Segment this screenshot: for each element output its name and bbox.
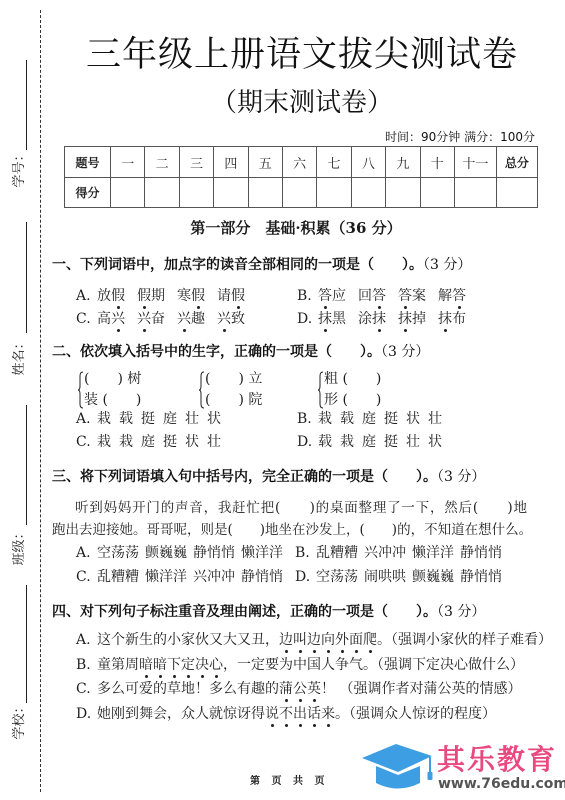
- question-4-option-b: B.童第周暗暗下定决心，一定要为中国人争气。（强调下定决心做什么）: [76, 656, 524, 674]
- emphasis-dot-char: 向: [321, 631, 335, 649]
- char: 气: [349, 657, 363, 673]
- question-3-heading: 三、将下列词语填入句中括号内，完全正确的一项是（ ）。（3 分）: [52, 468, 485, 486]
- option-letter: A.: [76, 410, 97, 428]
- char: 第: [111, 657, 125, 673]
- emphasis-dot-char: 出: [293, 705, 307, 723]
- question-2-heading: 二、依次填入括号中的生字，正确的一项是（ ）。（3 分）: [52, 343, 429, 361]
- char: 为: [279, 657, 293, 673]
- char: 载: [340, 411, 354, 427]
- score-cell: [145, 178, 179, 208]
- score-cell: [111, 178, 145, 208]
- char: 人: [195, 706, 209, 722]
- question-2-option-b: B.栽载庭挺状壮: [297, 410, 450, 428]
- section-title: 第一部分 基础·积累（36 分）: [52, 218, 540, 238]
- score-table-score-row: 得分: [65, 178, 538, 208]
- char: 黑: [332, 311, 346, 327]
- char: 。: [377, 632, 391, 648]
- option-letter: D.: [297, 433, 318, 451]
- question-3-prompt: 三、将下列词语填入句中括号内，完全正确的一项是（ ）。: [52, 469, 437, 485]
- char: 中: [293, 657, 307, 673]
- char: 定: [251, 657, 265, 673]
- char: ，: [167, 706, 181, 722]
- char: 庭: [362, 434, 376, 450]
- school-label: 学校：: [12, 695, 28, 745]
- time-and-score-info: 时间：90分钟 满分：100分: [385, 130, 535, 144]
- question-4-prompt: 四、对下列句子标注重音及理由阐述，正确的一项是（ ）。: [52, 604, 437, 620]
- word: 空荡荡: [316, 569, 358, 585]
- fill-line: ( ) 院: [205, 390, 262, 410]
- char: 壮: [185, 411, 199, 427]
- option-letter: D.: [295, 568, 316, 586]
- emphasis-dot-char: 假: [191, 287, 205, 305]
- question-3-option-d: D.空荡荡闹哄哄颤巍巍静悄悄: [295, 568, 508, 586]
- option-note: （强调作者对蒲公英的情感）: [335, 681, 521, 697]
- word: 颤巍巍: [145, 545, 187, 561]
- word: 静悄悄: [241, 569, 283, 585]
- emphasis-dot-char: 暗: [139, 656, 153, 674]
- emphasis-dot-char: 话: [307, 705, 321, 723]
- option-letter: C.: [76, 433, 97, 451]
- question-1-points: （3 分）: [423, 257, 471, 273]
- char: 的: [153, 681, 167, 697]
- question-1-option-a: A.放假假期寒假请假: [76, 287, 257, 305]
- emphasis-dot-char: 边: [307, 631, 321, 649]
- emphasis-dot-char: 假: [137, 287, 151, 305]
- char: 高: [97, 311, 111, 327]
- char: 会: [153, 706, 167, 722]
- emphasis-dot-char: 答: [452, 287, 466, 305]
- emphasis-dot-char: 兴: [217, 310, 231, 328]
- question-2-option-a: A.栽载挺庭壮状: [76, 410, 229, 428]
- option-note: （强调小家伙的样子难看）: [391, 632, 552, 648]
- char: 的: [265, 681, 279, 697]
- char: 放: [97, 288, 111, 304]
- word: 乱糟糟: [97, 569, 139, 585]
- word: 静悄悄: [193, 545, 235, 561]
- word: 寒假: [177, 288, 205, 304]
- option-words: 空荡荡颤巍巍静悄悄懒洋洋: [97, 545, 289, 561]
- score-cell: [248, 178, 282, 208]
- option-letter: A.: [76, 544, 97, 562]
- char: 多: [97, 681, 111, 697]
- option-letter: C.: [76, 568, 97, 586]
- emphasis-dot-char: 蒲: [279, 680, 293, 698]
- option-sentence: 多么可爱的草地！多么有趣的蒲公英！: [97, 681, 335, 697]
- char: 家: [181, 632, 195, 648]
- header-cell: 三: [179, 147, 213, 178]
- char: 这: [97, 632, 111, 648]
- option-letter: B.: [295, 544, 316, 562]
- word: 兴致: [217, 311, 245, 327]
- question-1-prompt: 一、下列词语中，加点字的读音全部相同的一项是（ ）。: [52, 257, 423, 273]
- char: 小: [167, 632, 181, 648]
- fill-line: 装 ( ): [84, 390, 141, 410]
- word: 高兴: [97, 311, 125, 327]
- option-letter: A.: [76, 287, 97, 305]
- char: 地: [181, 681, 195, 697]
- char: 惊: [223, 706, 237, 722]
- char: 生: [139, 632, 153, 648]
- option-words: 空荡荡闹哄哄颤巍巍静悄悄: [316, 569, 508, 585]
- char: 么: [223, 681, 237, 697]
- word: 乱糟糟: [316, 545, 358, 561]
- char: 状: [207, 411, 221, 427]
- emphasis-dot-char: 爬: [363, 631, 377, 649]
- score-row-label: 得分: [65, 178, 111, 208]
- char: 载: [119, 411, 133, 427]
- char: 讶: [237, 706, 251, 722]
- binding-dashed-line: [40, 10, 41, 792]
- emphasis-dot-char: 叫: [293, 631, 307, 649]
- score-cell: [454, 178, 496, 208]
- header-cell: 四: [214, 147, 248, 178]
- word: 兴冲冲: [364, 545, 406, 561]
- emphasis-dot-char: 面: [349, 631, 363, 649]
- char: 到: [125, 706, 139, 722]
- word: 懒洋洋: [412, 545, 454, 561]
- header-cell: 五: [248, 147, 282, 178]
- char: 一: [237, 657, 251, 673]
- word: 空荡荡: [97, 545, 139, 561]
- question-3-points: （3 分）: [437, 469, 485, 485]
- char: 回: [358, 288, 372, 304]
- char: 挺: [141, 411, 155, 427]
- char: 奋: [151, 311, 165, 327]
- score-cell: [179, 178, 213, 208]
- emphasis-dot-char: 假: [111, 287, 125, 305]
- question-3-option-b: B.乱糟糟兴冲冲懒洋洋静悄悄: [295, 544, 508, 562]
- option-letter: D.: [76, 705, 97, 723]
- exam-paper: 学号： 姓名： 班级： 学校： 三年级上册语文拔尖测试卷 （期末测试卷） 时间：…: [0, 0, 565, 800]
- option-chars: 栽载庭挺状壮: [318, 411, 450, 427]
- student-id-label: 学号：: [12, 143, 28, 193]
- char: 庭: [163, 411, 177, 427]
- fill-group-2: ( ) 立 ( ) 院: [199, 369, 309, 411]
- question-2-option-c: C.栽栽庭挺状壮: [76, 433, 229, 451]
- word: 静悄悄: [460, 545, 502, 561]
- word: 颤巍巍: [412, 569, 454, 585]
- question-4-option-c: C.多么可爱的草地！多么有趣的蒲公英！ （强调作者对蒲公英的情感）: [76, 680, 521, 698]
- char: 有: [237, 681, 251, 697]
- char: 挺: [384, 411, 398, 427]
- char: 寒: [177, 288, 191, 304]
- name-write-line: [26, 222, 27, 333]
- char: 伙: [195, 632, 209, 648]
- char: 又: [209, 632, 223, 648]
- fill-line: ( ) 树: [84, 369, 141, 389]
- graduation-cap-icon: [362, 742, 434, 792]
- fill-line: 形 ( ): [324, 390, 381, 410]
- fill-line: ( ) 立: [205, 369, 262, 389]
- char: 趣: [251, 681, 265, 697]
- char: 掉: [412, 311, 426, 327]
- char: 人: [321, 657, 335, 673]
- header-cell: 六: [282, 147, 316, 178]
- header-cell-question-number: 题号: [65, 147, 111, 178]
- word: 兴冲冲: [193, 569, 235, 585]
- score-table-header-row: 题号 一 二 三 四 五 六 七 八 九 十 十一 总分: [65, 147, 538, 178]
- question-3-option-c: C.乱糟糟懒洋洋兴冲冲静悄悄: [76, 568, 289, 586]
- question-2-option-d: D.载栽庭挺壮状: [297, 433, 450, 451]
- word: 懒洋洋: [145, 569, 187, 585]
- emphasis-dot-char: 抹: [438, 310, 452, 328]
- char: 请: [217, 288, 231, 304]
- char: 么: [111, 681, 125, 697]
- option-chars: 载栽庭挺壮状: [318, 434, 450, 450]
- option-letter: B.: [76, 656, 97, 674]
- emphasis-dot-char: 抹: [398, 310, 412, 328]
- emphasis-dot-char: 假: [231, 287, 245, 305]
- char: 。: [363, 657, 377, 673]
- page-subtitle: （期末测试卷）: [52, 88, 552, 118]
- emphasis-dot-char: 边: [279, 631, 293, 649]
- char: 期: [151, 288, 165, 304]
- header-cell-total: 总分: [496, 147, 537, 178]
- score-cell-total: [496, 178, 537, 208]
- emphasis-dot-char: 兴: [111, 310, 125, 328]
- header-cell: 一: [111, 147, 145, 178]
- brand-logo-text: 其乐教育: [437, 744, 557, 776]
- char: 壮: [406, 434, 420, 450]
- emphasis-dot-char: 兴: [137, 310, 151, 328]
- word: 抹黑: [318, 311, 346, 327]
- emphasis-dot-char: 来: [321, 705, 335, 723]
- option-letter: C.: [76, 680, 97, 698]
- word: 答案: [398, 288, 426, 304]
- question-1-option-b: B.答应回答答案解答: [297, 287, 478, 305]
- char: 新: [125, 632, 139, 648]
- char: 案: [412, 288, 426, 304]
- word: 抹掉: [398, 311, 426, 327]
- char: 大: [223, 632, 237, 648]
- question-1-option-c: C.高兴兴奋兴趣兴致: [76, 310, 257, 328]
- word: 抹布: [438, 311, 466, 327]
- char: 状: [428, 434, 442, 450]
- class-write-line: [26, 405, 27, 525]
- question-4-points: （3 分）: [437, 604, 485, 620]
- option-letter: B.: [297, 410, 318, 428]
- option-words: 乱糟糟兴冲冲懒洋洋静悄悄: [316, 545, 508, 561]
- char: 解: [438, 288, 452, 304]
- char: 挺: [384, 434, 398, 450]
- char: 得: [251, 706, 265, 722]
- char: 挺: [163, 434, 177, 450]
- char: 栽: [97, 411, 111, 427]
- word: 解答: [438, 288, 466, 304]
- school-write-line: [26, 585, 27, 703]
- char: ，: [265, 632, 279, 648]
- char: 。: [335, 706, 349, 722]
- char: 布: [452, 311, 466, 327]
- option-words: 乱糟糟懒洋洋兴冲冲静悄悄: [97, 569, 289, 585]
- option-words: 答应回答答案解答: [318, 288, 478, 304]
- option-sentence: 这个新生的小家伙又大又丑，边叫边向外面爬。: [97, 632, 391, 648]
- option-letter: D.: [297, 310, 318, 328]
- char: 栽: [119, 434, 133, 450]
- char: 涂: [358, 311, 372, 327]
- char: 可: [125, 681, 139, 697]
- char: 国: [307, 657, 321, 673]
- emphasis-dot-char: 答: [398, 287, 412, 305]
- char: 周: [125, 657, 139, 673]
- word: 懒洋洋: [241, 545, 283, 561]
- option-words: 高兴兴奋兴趣兴致: [97, 311, 257, 327]
- score-cell: [351, 178, 385, 208]
- emphasis-dot-char: 英: [307, 680, 321, 698]
- char: 要: [265, 657, 279, 673]
- emphasis-dot-char: 抹: [318, 310, 332, 328]
- header-cell: 十一: [454, 147, 496, 178]
- char: ，: [223, 657, 237, 673]
- question-2-prompt: 二、依次填入括号中的生字，正确的一项是（ ）。: [52, 344, 381, 360]
- page-number-footer: 第 页 共 页: [250, 776, 328, 788]
- option-letter: C.: [76, 310, 97, 328]
- word: 涂抹: [358, 311, 386, 327]
- header-cell: 七: [317, 147, 351, 178]
- option-note: （强调众人惊讶的程度）: [349, 706, 496, 722]
- header-cell: 十: [420, 147, 454, 178]
- char: 就: [209, 706, 223, 722]
- score-cell: [282, 178, 316, 208]
- option-sentence: 她刚到舞会，众人就惊讶得说不出话来。: [97, 706, 349, 722]
- word: 兴奋: [137, 311, 165, 327]
- option-note: （强调下定决心做什么）: [377, 657, 524, 673]
- question-3-option-a: A.空荡荡颤巍巍静悄悄懒洋洋: [76, 544, 289, 562]
- emphasis-dot-char: 下: [167, 656, 181, 674]
- char: 刚: [111, 706, 125, 722]
- header-cell: 九: [386, 147, 420, 178]
- char: 爱: [139, 681, 153, 697]
- char: 栽: [340, 434, 354, 450]
- emphasis-dot-char: 决: [195, 656, 209, 674]
- option-words: 抹黑涂抹抹掉抹布: [318, 311, 478, 327]
- score-cell: [420, 178, 454, 208]
- emphasis-dot-char: 暗: [153, 656, 167, 674]
- char: 壮: [207, 434, 221, 450]
- char: 状: [185, 434, 199, 450]
- char: 舞: [139, 706, 153, 722]
- emphasis-dot-char: 抹: [372, 310, 386, 328]
- char: 栽: [97, 434, 111, 450]
- option-letter: B.: [297, 287, 318, 305]
- char: 她: [97, 706, 111, 722]
- question-1-heading: 一、下列词语中，加点字的读音全部相同的一项是（ ）。（3 分）: [52, 256, 471, 274]
- char: 庭: [362, 411, 376, 427]
- word: 兴趣: [177, 311, 205, 327]
- char: ！: [321, 681, 335, 697]
- score-table: 题号 一 二 三 四 五 六 七 八 九 十 十一 总分 得分: [64, 146, 538, 208]
- word: 静悄悄: [460, 569, 502, 585]
- char: 应: [332, 288, 346, 304]
- char: 的: [153, 632, 167, 648]
- fill-group-3: 粗 ( ) 形 ( ): [318, 369, 428, 411]
- option-sentence: 童第周暗暗下定决心，一定要为中国人争气。: [97, 657, 377, 673]
- char: 多: [209, 681, 223, 697]
- class-label: 班级：: [12, 521, 28, 571]
- question-2-points: （3 分）: [381, 344, 429, 360]
- word: 请假: [217, 288, 245, 304]
- char: 趣: [191, 311, 205, 327]
- char: 个: [111, 632, 125, 648]
- question-4-option-d: D.她刚到舞会，众人就惊讶得说不出话来。（强调众人惊讶的程度）: [76, 705, 496, 723]
- char: 又: [237, 632, 251, 648]
- char: 丑: [251, 632, 265, 648]
- score-cell: [386, 178, 420, 208]
- fill-line: 粗 ( ): [324, 369, 381, 389]
- header-cell: 八: [351, 147, 385, 178]
- emphasis-dot-char: 不: [279, 705, 293, 723]
- char: 载: [318, 434, 332, 450]
- score-cell: [317, 178, 351, 208]
- page-title: 三年级上册语文拔尖测试卷: [52, 34, 552, 76]
- name-label: 姓名：: [12, 331, 28, 381]
- emphasis-dot-char: 说: [265, 705, 279, 723]
- word: 假期: [137, 288, 165, 304]
- char: 致: [231, 311, 245, 327]
- emphasis-dot-char: 心: [209, 656, 223, 674]
- emphasis-dot-char: 答: [318, 287, 332, 305]
- char: 壮: [428, 411, 442, 427]
- question-4-option-a: A.这个新生的小家伙又大又丑，边叫边向外面爬。（强调小家伙的样子难看）: [76, 631, 552, 649]
- emphasis-dot-char: 外: [335, 631, 349, 649]
- char: 庭: [141, 434, 155, 450]
- score-cell: [214, 178, 248, 208]
- passage-line-1: 听到妈妈开门的声音，我赶忙把( )的桌面整理了一下，然后( )地: [75, 499, 527, 517]
- header-cell: 二: [145, 147, 179, 178]
- fill-group-1: ( ) 树 装 ( ): [78, 369, 188, 411]
- word: 闹哄哄: [364, 569, 406, 585]
- emphasis-dot-char: 答: [372, 287, 386, 305]
- char: 草: [167, 681, 181, 697]
- option-words: 放假假期寒假请假: [97, 288, 257, 304]
- word: 放假: [97, 288, 125, 304]
- char: 争: [335, 657, 349, 673]
- student-id-write-line: [26, 60, 27, 150]
- option-letter: A.: [76, 631, 97, 649]
- char: 众: [181, 706, 195, 722]
- question-1-option-d: D.抹黑涂抹抹掉抹布: [297, 310, 478, 328]
- emphasis-dot-char: 定: [181, 656, 195, 674]
- char: 状: [406, 411, 420, 427]
- question-4-heading: 四、对下列句子标注重音及理由阐述，正确的一项是（ ）。（3 分）: [52, 603, 485, 621]
- option-chars: 栽载挺庭壮状: [97, 411, 229, 427]
- word: 回答: [358, 288, 386, 304]
- char: ！: [195, 681, 209, 697]
- emphasis-dot-char: 兴: [177, 310, 191, 328]
- char: 栽: [318, 411, 332, 427]
- passage-line-2: 跑出去迎接她。哥哥呢，则是( )地坐在沙发上，( )的，不知道在想什么。: [52, 521, 530, 539]
- emphasis-dot-char: 公: [293, 680, 307, 698]
- option-chars: 栽栽庭挺状壮: [97, 434, 229, 450]
- brand-url-text: www.76edu.com: [438, 776, 565, 792]
- char: 童: [97, 657, 111, 673]
- word: 答应: [318, 288, 346, 304]
